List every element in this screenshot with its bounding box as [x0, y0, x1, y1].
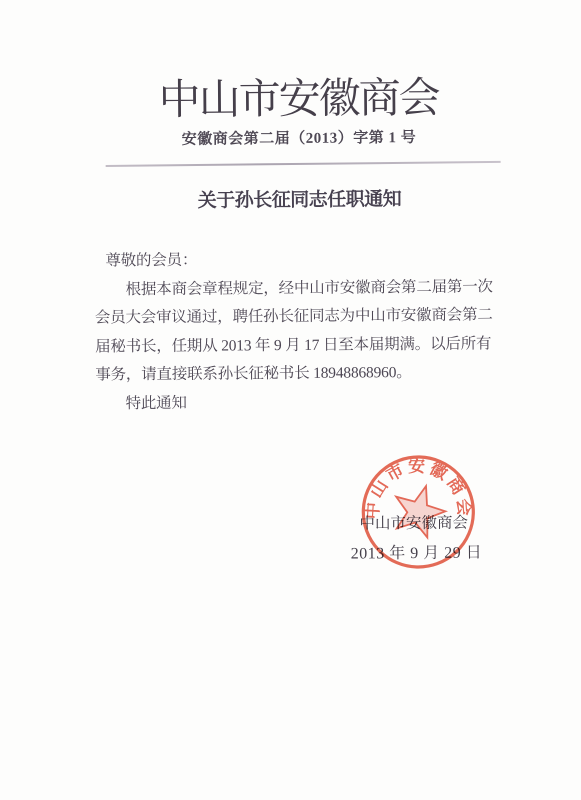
org-title: 中山市安徽商会 — [18, 64, 579, 128]
header-divider-rule — [106, 161, 501, 167]
body-line: 根据本商会章程规定，经中山市安徽商会第二届第一次 — [95, 273, 495, 305]
body-line: 届秘书长，任期从 2013 年 9 月 17 日至本届期满。以后所有 — [95, 330, 495, 362]
doc-number: 安徽商会第二届（2013）字第 1 号 — [18, 125, 579, 150]
closing-phrase: 特此通知 — [95, 387, 495, 419]
seal-star-icon — [395, 485, 446, 538]
notice-subject-title: 关于孙长征同志任职通知 — [19, 183, 580, 214]
scanned-notice-page: 中山市安徽商会 安徽商会第二届（2013）字第 1 号 关于孙长征同志任职通知 … — [0, 0, 581, 800]
notice-body: 尊敬的会员： 根据本商会章程规定，经中山市安徽商会第二届第一次 会员大会审议通过… — [94, 244, 495, 419]
body-line: 事务，请直接联系孙长征秘书长 18948868960。 — [95, 359, 495, 391]
body-line: 会员大会审议通过，聘任孙长征同志为中山市安徽商会第二 — [95, 302, 495, 334]
official-red-seal: 中山市安徽商会 — [357, 448, 480, 571]
salutation: 尊敬的会员： — [94, 244, 494, 276]
document-sheet: 中山市安徽商会 安徽商会第二届（2013）字第 1 号 关于孙长征同志任职通知 … — [0, 0, 581, 800]
